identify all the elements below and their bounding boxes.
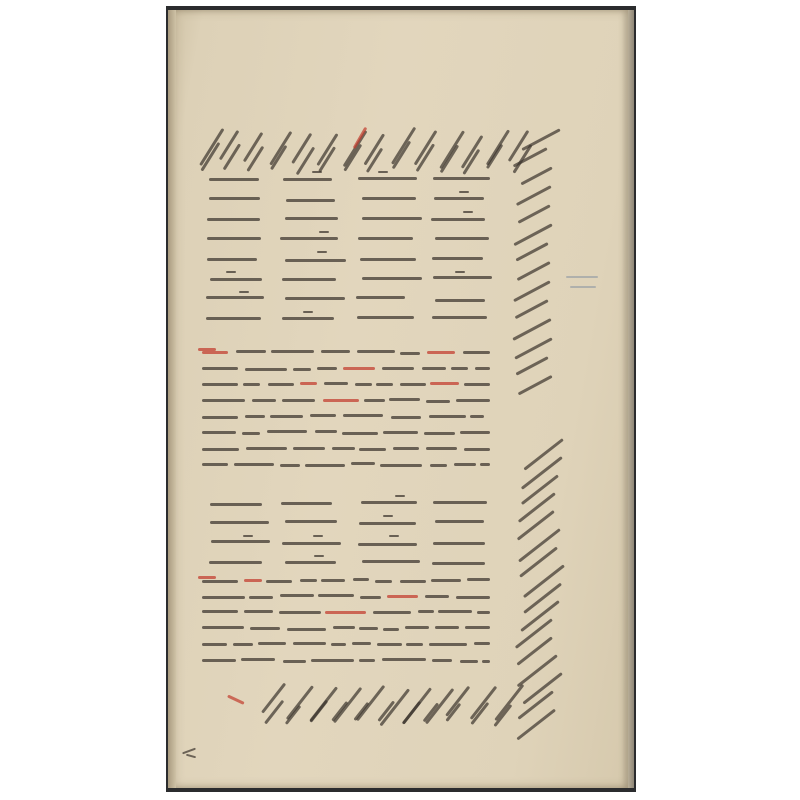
ink-stroke [523,438,563,470]
hemistich-line [356,296,404,299]
prose-word [406,643,424,646]
ascender-stroke [459,191,469,193]
prose-word [318,594,354,597]
rubric-word [300,382,317,385]
prose-word [280,594,314,597]
ink-stroke [515,299,549,319]
prose-word [293,642,326,645]
rubric-word [427,351,455,354]
hemistich-line [285,259,347,262]
hemistich-line [434,197,484,200]
prose-word [389,398,419,401]
prose-word [332,447,355,450]
prose-word [202,416,238,419]
prose-word [202,659,236,662]
hemistich-line [281,502,332,505]
prose-word [305,464,346,467]
hemistich-line [435,237,489,240]
prose-word [317,367,337,370]
prose-word [202,580,238,583]
hemistich-line [286,199,336,202]
ascender-stroke [314,555,324,557]
hemistich-line [433,276,492,279]
prose-word [480,463,490,466]
prose-word [418,610,434,613]
ascender-stroke [378,171,388,173]
main-verse-block-2: Second verse block in four hemistich col… [198,490,493,570]
ink-stroke [512,147,547,167]
ink-stroke [516,185,552,206]
prose-word [245,368,287,371]
ascender-stroke [243,535,253,537]
prose-word [331,643,346,646]
prose-word [310,414,336,417]
prose-word [250,627,280,630]
ink-stroke [425,688,455,725]
prose-word [283,660,306,663]
hemistich-line [359,522,416,525]
prose-word [202,610,238,613]
hemistich-line [285,561,335,564]
prose-word [202,643,227,646]
prose-word [266,580,292,583]
prose-word [400,352,420,355]
hemistich-line [209,197,259,200]
prose-word [202,596,245,599]
prose-word [233,643,253,646]
hemistich-line [432,316,487,319]
ink-stroke [461,134,484,168]
prose-word [270,415,303,418]
prose-word [380,464,422,467]
rubric-word [325,611,365,614]
ink-stroke [513,318,552,341]
hemistich-line [433,501,487,504]
ascender-stroke [455,271,465,273]
prose-word [470,415,484,418]
prose-word [460,431,490,434]
ink-stroke [291,132,312,163]
prose-word [373,611,411,614]
ink-stroke [518,204,551,224]
top-diagonal-margin: Diagonal marginal verses (top) [192,102,542,172]
prose-word [249,596,273,599]
prose-word [364,399,385,402]
ink-stroke [515,618,553,649]
prose-word [321,579,345,582]
hemistich-line [206,296,264,299]
ascender-stroke [239,291,249,293]
prose-word [425,595,450,598]
hemistich-line [357,316,414,319]
ink-stroke [227,695,245,705]
ink-stroke [402,701,422,725]
rubric-word [387,595,417,598]
ink-stroke [523,582,562,614]
prose-word [324,382,348,385]
hemistich-line [431,218,485,221]
ink-stroke [269,131,292,166]
prose-word [279,611,321,614]
prose-word [267,430,307,433]
ascender-stroke [303,311,313,313]
prose-word [342,432,378,435]
main-verse-block-1: Verse block in four hemistich columns [198,166,493,336]
prose-word [359,659,374,662]
hemistich-line [282,542,341,545]
prose-word [405,626,428,629]
prose-word [287,628,326,631]
main-prose-block-2: Prose lines with red rubric headings [198,570,498,660]
hemistich-line [207,258,257,261]
prose-word [352,642,371,645]
ink-stroke [516,356,549,375]
prose-word [202,383,238,386]
ascender-stroke [383,515,393,517]
prose-word [464,383,490,386]
ascender-stroke [463,211,473,213]
hemistich-line [285,520,337,523]
prose-word [460,660,478,663]
hemistich-line [283,178,332,181]
hemistich-line [358,177,417,180]
prose-word [351,462,375,465]
prose-word [424,432,456,435]
ink-stroke [521,128,561,151]
hemistich-line [210,521,269,524]
hemistich-line [358,237,413,240]
prose-word [422,367,446,370]
hemistich-line [211,540,270,543]
prose-word [359,627,379,630]
ink-stroke [353,702,369,721]
faint-annotation: Faint marginal annotation [566,272,600,294]
bottom-diagonal-margin: Diagonal marginal verses (bottom) [228,674,498,734]
prose-word [311,659,354,662]
prose-word [465,626,490,629]
hemistich-line [433,177,490,180]
ink-stroke [515,242,548,261]
prose-word [246,447,287,450]
prose-word [482,660,490,663]
prose-word [377,643,402,646]
prose-word [435,626,459,629]
ascender-stroke [312,171,322,173]
prose-word [454,463,477,466]
right-margin-lower: Right marginal verses (lower, diagonal) [502,428,562,728]
prose-word [202,431,236,434]
prose-word [202,626,244,629]
hemistich-line [435,299,485,302]
ascender-stroke [395,495,405,497]
ascender-stroke [317,251,327,253]
prose-word [426,400,451,403]
prose-word [383,628,399,631]
prose-word [383,431,418,434]
rubric-word [343,367,375,370]
rubric-word [430,382,459,385]
prose-word [477,611,490,614]
rubric-mark [198,576,216,579]
prose-word [245,415,266,418]
prose-word [268,383,294,386]
prose-word [456,596,490,599]
ink-stroke [517,375,552,395]
prose-word [321,350,350,353]
prose-word [300,579,317,582]
ink-stroke [521,474,559,505]
ink-stroke [517,261,551,281]
hemistich-line [433,542,485,545]
ink-stroke [199,128,225,166]
hemistich-line [361,501,418,504]
hemistich-line [282,317,334,320]
prose-word [464,448,490,451]
hemistich-line [207,218,260,221]
ink-stroke [309,699,328,722]
prose-word [271,350,314,353]
prose-word [400,383,426,386]
prose-word [429,415,466,418]
prose-word [463,351,490,354]
ink-stroke [391,127,416,165]
prose-word [475,367,490,370]
hemistich-line [362,560,420,563]
prose-word [431,579,460,582]
prose-word [343,414,383,417]
prose-word [430,464,447,467]
prose-word [244,610,273,613]
prose-word [242,432,260,435]
prose-word [391,416,421,419]
hemistich-line [358,543,417,546]
hemistich-line [207,237,261,240]
page-gutter [168,10,176,788]
rubric-word [202,351,228,354]
hemistich-line [209,178,259,181]
prose-word [293,447,325,450]
prose-word [243,383,260,386]
prose-word [202,399,245,402]
hemistich-line [280,237,338,240]
hemistich-line [362,197,416,200]
ascender-stroke [226,271,236,273]
prose-word [382,658,426,661]
prose-word [202,448,239,451]
prose-word [451,367,468,370]
prose-word [333,626,355,629]
hemistich-line [362,217,422,220]
ink-stroke [520,166,553,185]
prose-word [315,430,337,433]
hemistich-line [282,278,336,281]
prose-word [426,447,458,450]
prose-word [293,368,311,371]
hemistich-line [432,257,483,260]
prose-word [474,642,490,645]
prose-word [360,596,381,599]
prose-word [438,610,472,613]
manuscript-page: Diagonal marginal verses (top) Verse blo… [168,10,628,788]
hemistich-line [435,520,484,523]
prose-word [382,367,414,370]
right-margin-upper: Right marginal verses (upper) [502,120,562,400]
prose-word [467,578,490,581]
hemistich-line [432,562,485,565]
prose-word [353,578,370,581]
prose-word [202,463,228,466]
page-edge [628,10,634,788]
hemistich-line [285,217,338,220]
prose-word [280,464,300,467]
hemistich-line [210,503,262,506]
hemistich-line [206,317,261,320]
prose-word [236,350,267,353]
ascender-stroke [389,535,399,537]
hemistich-line [285,297,345,300]
prose-word [282,399,316,402]
main-prose-block: Prose text block [198,342,498,482]
hemistich-line [362,277,422,280]
prose-word [357,350,395,353]
rubric-mark [198,348,216,351]
prose-word [258,642,286,645]
prose-word [359,448,386,451]
ink-stroke [470,686,498,720]
prose-word [432,659,453,662]
ascender-stroke [313,535,323,537]
prose-word [252,399,276,402]
prose-word [429,643,467,646]
ink-stroke [331,701,348,722]
prose-word [456,399,490,402]
ascender-stroke [319,231,329,233]
prose-word [355,383,372,386]
ink-stroke [518,492,556,523]
prose-word [376,383,393,386]
prose-word [400,580,426,583]
prose-word [202,367,238,370]
prose-word [241,658,276,661]
prose-word [375,580,392,583]
prose-word [393,447,419,450]
rubric-word [323,399,359,402]
prose-word [234,463,273,466]
hemistich-line [360,258,416,261]
hemistich-line [209,561,262,564]
folio-mark: Catchword / folio mark (bottom left) [182,748,200,758]
hemistich-line [210,278,262,281]
rubric-word [244,579,262,582]
